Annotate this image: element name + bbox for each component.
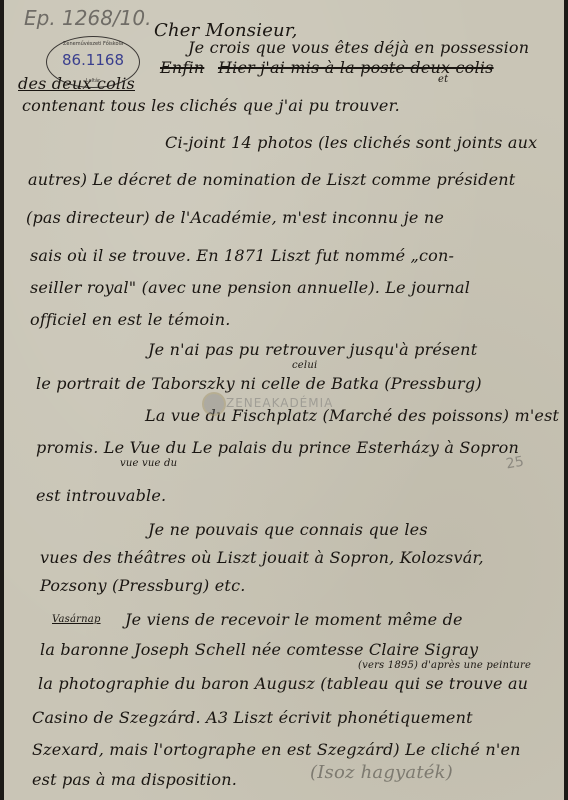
letter-line: est introuvable. [36,486,166,505]
letter-line: Hier j'ai mis à la poste deux colis [218,58,494,77]
letter-line: (pas directeur) de l'Académie, m'est inc… [26,208,444,227]
archive-reference: Ep. 1268/10. [24,6,152,30]
letter-line: Vasárnap [52,614,101,625]
letter-line: Pozsony (Pressburg) etc. [40,576,246,595]
letter-line: Szexard, mais l'ortographe en est Szegzá… [32,740,521,759]
stamp-number: 86.1168 [47,51,139,69]
letter-line: celui [292,360,317,371]
watermark-logo-icon [202,392,226,416]
letter-line: et [438,74,448,85]
letter-line: des deux colis [18,74,135,93]
pencil-annotation: (Isoz hagyaték) [310,762,453,783]
stamp-institution: Zeneművészeti Főiskola [47,41,139,47]
letter-line: vue vue du [120,458,177,469]
letter-line: contenant tous les clichés que j'ai pu t… [22,96,400,115]
margin-page-note: 25 [505,454,525,473]
letter-line: Enfin [160,58,204,77]
letter-line: le portrait de Taborszky ni celle de Bat… [36,374,482,393]
letter-line: promis. Le Vue du Le palais du prince Es… [36,438,519,457]
letter-line: seiller royal" (avec une pension annuell… [30,278,470,297]
letter-line: est pas à ma disposition. [32,770,237,789]
letter-line: Casino de Szegzárd. A3 Liszt écrivit pho… [32,708,473,727]
letter-line: (vers 1895) d'après une peinture [358,660,531,671]
letter-line: vues des théâtres où Liszt jouait à Sopr… [40,548,484,567]
letter-line: officiel en est le témoin. [30,310,230,329]
letter-line: Je crois que vous êtes déjà en possessio… [188,38,529,57]
letter-page: Ep. 1268/10. Zeneművészeti Főiskola 86.1… [4,0,564,800]
letter-line: autres) Le décret de nomination de Liszt… [28,170,515,189]
letter-line: la photographie du baron Augusz (tableau… [38,674,528,693]
letter-line: Ci-joint 14 photos (les clichés sont joi… [165,133,537,152]
letter-line: sais où il se trouve. En 1871 Liszt fut … [30,246,454,265]
letter-line: Je ne pouvais que connais que les [148,520,428,539]
letter-line: Je viens de recevoir le moment même de [125,610,463,629]
letter-line: la baronne Joseph Schell née comtesse Cl… [40,640,478,659]
watermark: ZENEAKADÉMIA [226,396,333,410]
letter-line: Je n'ai pas pu retrouver jusqu'à présent [148,340,477,359]
